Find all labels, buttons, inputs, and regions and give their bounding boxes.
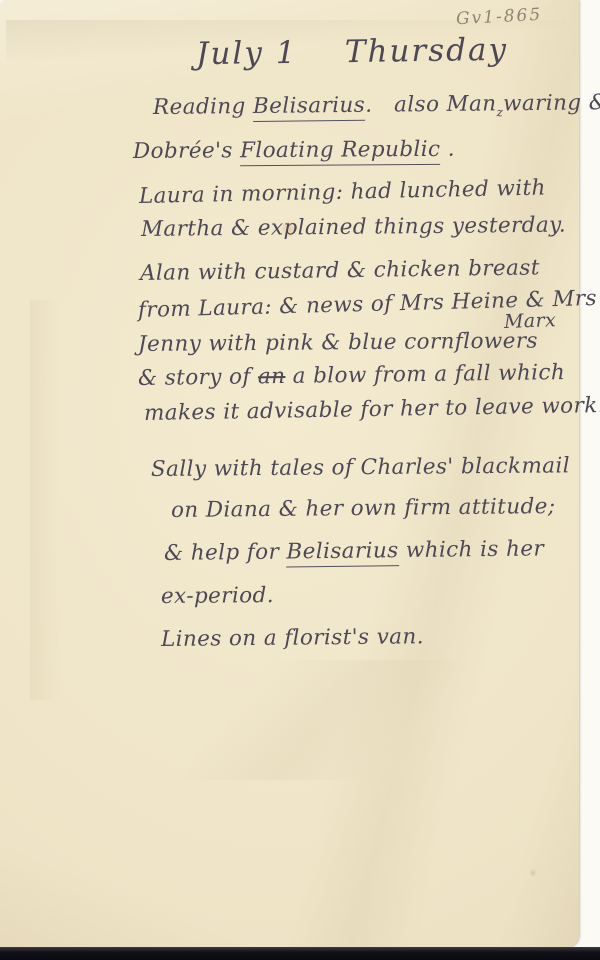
handwritten-segment: Laura in morning: had lunched with [139, 175, 546, 209]
catalog-number: Gv1-865 [456, 5, 543, 29]
scanned-page: Gv1-865 July 1 Thursday Reading Belisari… [0, 0, 600, 960]
handwritten-line: ex-period. [161, 585, 274, 607]
handwritten-segment: & story of [138, 364, 258, 391]
date-heading: July 1 Thursday [196, 32, 508, 72]
handwritten-line: & help for Belisarius which is her [164, 538, 544, 564]
handwritten-line: Dobrée's Floating Republic . [133, 139, 455, 163]
handwritten-segment: Sally with tales of Charles' blackmail [151, 453, 570, 482]
handwritten-line: & story of an a blow from a fall which [138, 362, 565, 389]
handwritten-segment-underline: Floating Republic [240, 137, 441, 166]
handwritten-segment: which is her [398, 536, 544, 563]
handwritten-segment: Martha & explained things yesterday. [141, 213, 566, 242]
diary-paper-sheet: Gv1-865 July 1 Thursday Reading Belisari… [0, 0, 579, 947]
handwritten-line: on Diana & her own firm attitude; [171, 496, 556, 522]
handwritten-line: Lines on a florist's van. [161, 626, 424, 650]
scanner-background-bar [0, 947, 600, 960]
handwritten-segment: & help for [164, 540, 287, 566]
handwritten-line: makes it advisable for her to leave work… [144, 395, 600, 425]
handwritten-segment: . also Man [365, 91, 497, 117]
handwritten-segment: waring & [503, 90, 600, 116]
handwritten-line: Sally with tales of Charles' blackmail [151, 455, 570, 480]
handwritten-segment: a blow from a fall which [285, 360, 565, 389]
handwritten-segment: Alan with custard & chicken breast [140, 255, 540, 286]
handwritten-segment: Jenny with pink & blue cornflowers [138, 329, 538, 357]
handwritten-segment: Dobrée's [133, 138, 240, 164]
handwritten-line: Jenny with pink & blue cornflowers [138, 331, 538, 356]
paper-crease [0, 660, 579, 780]
handwritten-line: Laura in morning: had lunched with [139, 177, 546, 207]
handwritten-segment: on Diana & her own firm attitude; [171, 494, 556, 523]
handwritten-segment: . [440, 137, 455, 162]
handwritten-line: Reading Belisarius. also Manzwaring & [153, 92, 600, 123]
paper-crease [30, 300, 60, 700]
handwritten-segment-strike: an [258, 364, 286, 389]
handwritten-segment: ex-period. [161, 583, 274, 609]
handwritten-segment-underline: Belisarius [253, 93, 365, 122]
handwritten-line: Alan with custard & chicken breast [140, 257, 540, 284]
handwritten-segment: makes it advisable for her to leave work… [144, 393, 600, 426]
handwritten-segment-underline: Belisarius [286, 538, 398, 567]
handwritten-segment: Lines on a florist's van. [161, 624, 424, 652]
handwritten-line: Martha & explained things yesterday. [141, 215, 566, 241]
handwritten-segment: Reading [153, 94, 253, 120]
